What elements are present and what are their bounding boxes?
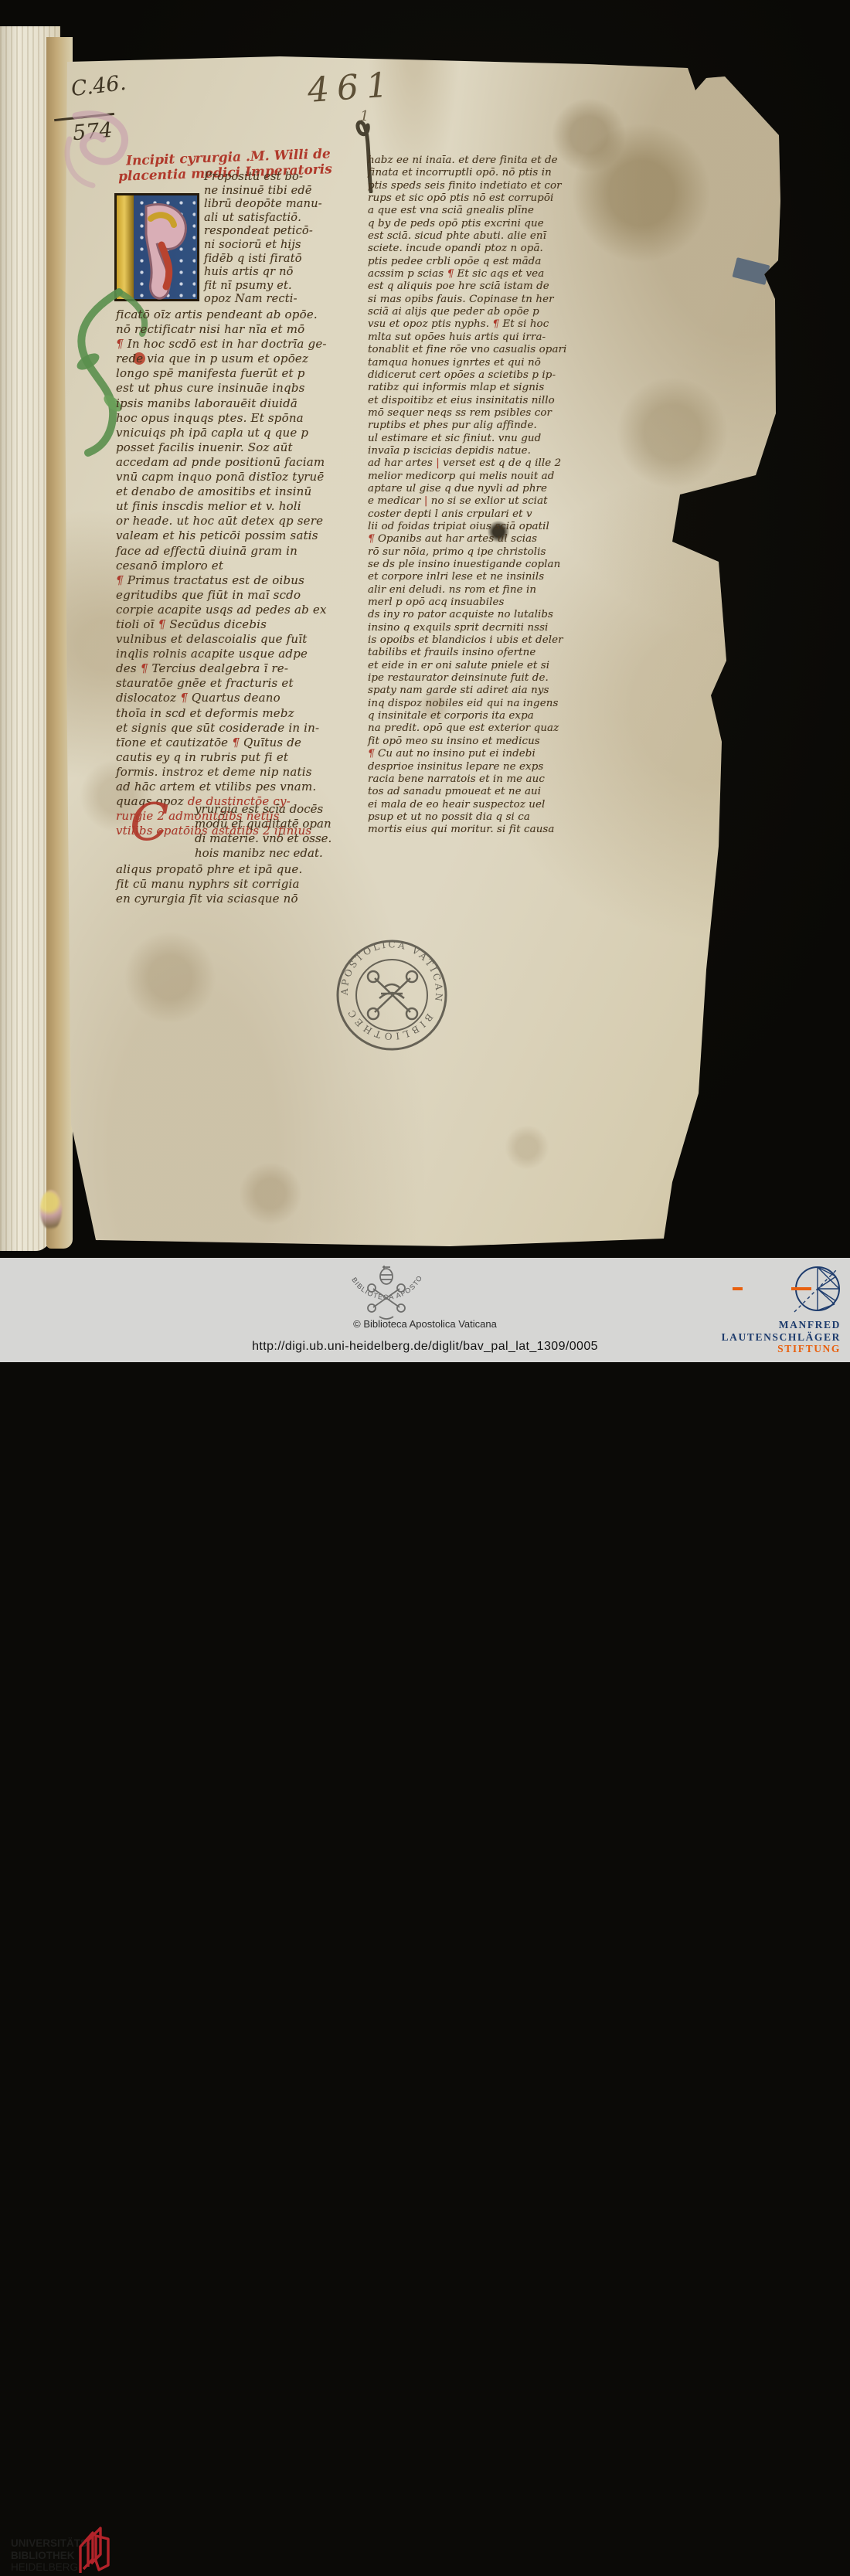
svg-text:BIBLIOTECA APOSTOLICA VATICANA: BIBLIOTECA APOSTOLICA VATICANA xyxy=(328,1263,424,1301)
manuscript-line: mortis eius qui moritur. si fit causa xyxy=(368,824,566,836)
red-initial-c: C xyxy=(130,793,169,852)
ml-stiftung-wordmark: MANFRED LAUTENSCHLÄGER STIFTUNG xyxy=(722,1319,841,1355)
manuscript-line: ptis speds seis finito indetiato et cor xyxy=(368,180,566,192)
manuscript-line: sciete. incude opandi ptoz n opā. xyxy=(368,243,566,255)
stamp-crossed-keys-icon xyxy=(368,971,417,1019)
manuscript-line: melior medicorp qui melis nouit ad xyxy=(368,471,566,483)
manuscript-line: formis. instroz et deme nip natis xyxy=(116,765,327,780)
manuscript-line: cautis ey q in rubris put fi et xyxy=(116,750,327,765)
ml-orange-dash xyxy=(733,1287,743,1290)
manuscript-line: ipe restaurator deinsinute fuit de. xyxy=(368,672,566,685)
manuscript-line: cesanō imploro et xyxy=(116,559,327,573)
manuscript-line: et denabo de amositibs et insinū xyxy=(116,484,327,499)
manuscript-line: lii od foidas tripiat oius sciā opatil xyxy=(368,521,566,533)
manuscript-line: vulnibus et delascoialis que fuīt xyxy=(116,632,327,647)
manuscript-line: tabilibs et frauils insino ofertne xyxy=(368,647,566,659)
manuscript-line: est q aliquis poe hre sciā istam de xyxy=(368,280,566,293)
manuscript-line: spaty nam garde sti adiret aia nys xyxy=(368,685,566,697)
manuscript-line: vnū capm inquo ponā distīoz tyruē xyxy=(116,470,327,484)
manuscript-line: hois manibz nec edat. xyxy=(195,846,331,861)
manuscript-line: corpie acapite usqs ad pedes ab ex xyxy=(116,603,327,617)
manuscript-line: acssim p scias ¶ Et sic aqs et vea xyxy=(368,268,566,280)
manuscript-line: ne insinuē tibi edē xyxy=(204,185,322,199)
manuscript-line: rō sur nōia, primo q ipe christolis xyxy=(368,546,566,559)
illuminated-initial xyxy=(114,193,199,301)
manuscript-line: accedam ad pnde positionū faciam xyxy=(116,455,327,470)
ml-line3: STIFTUNG xyxy=(722,1343,841,1355)
manuscript-line: et signis que sūt cosiderade in in- xyxy=(116,721,327,736)
manuscript-line: aptare ul gise q due nyvli ad phre xyxy=(368,483,566,495)
ml-line1: MANFRED xyxy=(722,1319,841,1331)
vatican-library-stamp: APOSTOLICA VATICANA BIBLIOTHECA xyxy=(330,933,454,1057)
manuscript-line: yrurgia est scīa docēs xyxy=(195,802,331,817)
manuscript-line: q by de peds opō ptis excrini que xyxy=(368,218,566,230)
left-column: ficatō oīz artis pendeant ab opōe.nō rec… xyxy=(116,308,327,838)
manuscript-line: ratibz qui informis mlap et signis xyxy=(368,382,566,394)
manuscript-line: ¶ Cu aut no insino put ei indebi xyxy=(368,748,566,760)
manuscript-line: finata et incorruptli opō. nō ptis in xyxy=(368,167,566,179)
manuscript-line: habz ee ni inaīa. et dere finita et de xyxy=(368,155,566,167)
manuscript-line: ficatō oīz artis pendeant ab opōe. xyxy=(116,308,327,322)
left-column-after-initial: yrurgia est scīa docēsmodū et qualitatē … xyxy=(195,802,331,861)
manuscript-line: stauratōe gnēe et fracturis et xyxy=(116,676,327,691)
manuscript-line: didicerut cert opōes a scietibs p ip- xyxy=(368,369,566,382)
manuscript-line: racia bene narratois et in me auc xyxy=(368,773,566,786)
manuscript-line: fit nī psumy et. xyxy=(204,280,322,294)
gutter-fragment xyxy=(40,1190,62,1230)
manuscript-line: tioli oī ¶ Secūdus dicebis xyxy=(116,617,327,632)
manuscript-line: ei mala de eo heair suspectoz uel xyxy=(368,799,566,811)
manuscript-line: librū deopōte manu- xyxy=(204,198,322,212)
manuscript-line: rups et sic opō ptis nō est corrupōi xyxy=(368,192,566,205)
ml-line2: LAUTENSCHLÄGER xyxy=(722,1331,841,1344)
manuscript-line: est ut phus cure insinuāe inqbs xyxy=(116,381,327,396)
manuscript-line: vnicuiqs ph ipā capla ut q que p xyxy=(116,426,327,440)
manuscript-line: psup et ut no possit dia q si ca xyxy=(368,811,566,824)
manuscript-line: ni sociorū et hijs xyxy=(204,239,322,253)
manuscript-line: et dispoitibz et eius insinitatis nillo xyxy=(368,395,566,407)
manuscript-line: fit cū manu nyphrs sit corrigia xyxy=(116,877,302,892)
manuscript-line: insino q exquils sprit decrniti nssi xyxy=(368,622,566,634)
manuscript-photo: C.46. 574 461 1 Incipit cyrurgia .M. Wil… xyxy=(0,0,850,1258)
manuscript-line: respondeat peticō- xyxy=(204,225,322,239)
manuscript-line: ruptibs et phes pur alig affinde. xyxy=(368,420,566,432)
manuscript-line: inqlis rolnis acapite usque adpe xyxy=(116,647,327,661)
manuscript-line: coster depti l anis crpulari et v xyxy=(368,508,566,521)
manuscript-line: se ds ple insino inuestigande coplan xyxy=(368,559,566,571)
manuscript-line: des ¶ Tercius dealgebra ī re- xyxy=(116,661,327,676)
manuscript-line: ¶ Opanibs aut har artes ul scias xyxy=(368,533,566,545)
manuscript-line: na predit. opō que est exterior quaz xyxy=(368,722,566,735)
manuscript-line: q insinitale et corporis ita expa xyxy=(368,710,566,722)
manuscript-line: fit opō meo su insino et medicus xyxy=(368,736,566,748)
manuscript-line: sciā ai alijs que peder ab opōe p xyxy=(368,306,566,318)
manuscript-line: ipsis manibs laborauēit diuidā xyxy=(116,396,327,411)
manuscript-line: longo spē manifesta fuerūt et p xyxy=(116,366,327,381)
manuscript-line: invaīa p iscicias depidis natue. xyxy=(368,445,566,457)
manuscript-line: vsu et opoz ptis nyphs. ¶ Et si hoc xyxy=(368,318,566,331)
manuscript-line: di materie. vnō et osse. xyxy=(195,831,331,846)
manuscript-line: hoc opus inquqs ptes. Et spōna xyxy=(116,411,327,426)
folio-number: 461 xyxy=(306,65,396,110)
manuscript-line: a que est vna sciā gnealis plīne xyxy=(368,205,566,217)
manuscript-line: aliqus propatō phre et ipā que. xyxy=(116,862,302,877)
manuscript-line: opoz Nam recti- xyxy=(204,293,322,307)
manuscript-line: modū et qualitatē opan xyxy=(195,817,331,831)
manuscript-line: si mas opibs fauis. Copinase tn her xyxy=(368,294,566,306)
manuscript-line: et eide in er oni salute pniele et si xyxy=(368,660,566,672)
repair-patch xyxy=(733,257,770,285)
manuscript-line: est sciā. sicud phte abuti. alie enī xyxy=(368,230,566,243)
manuscript-line: nō rectificatr nisi har nīa et mō xyxy=(116,322,327,337)
manuscript-line: posset facilis inuenir. Soz aūt xyxy=(116,440,327,455)
manuscript-line: is opoibs et blandicios i ubis et deler xyxy=(368,634,566,647)
manuscript-line: Propositū est bo- xyxy=(204,171,322,185)
manuscript-line: face ad effectū diuinā gram in xyxy=(116,544,327,559)
right-column: habz ee ni inaīa. et dere finita et defi… xyxy=(368,155,566,837)
manuscript-line: fidēb q isti firatō xyxy=(204,253,322,267)
manuscript-line: ad har artes | verset est q de q ille 2 xyxy=(368,457,566,470)
manuscript-line: tos ad sanadu pmoueat et ne aui xyxy=(368,786,566,798)
manuscript-line: ali ut satisfactiō. xyxy=(204,212,322,226)
manuscript-line: ¶ In hoc scdō est in har doctrīa ge- xyxy=(116,337,327,352)
manuscript-line: desprioe insinitus lepare ne exps xyxy=(368,761,566,773)
manuscript-line: alir eni deludi. ns rom et fine in xyxy=(368,584,566,596)
manuscript-line: mlta sut opōes huis artis qui irra- xyxy=(368,331,566,344)
manuscript-line: huis artis qr nō xyxy=(204,266,322,280)
manuscript-line: merl p opō acq insuabiles xyxy=(368,596,566,609)
manuscript-line: ptis pedee crbli opōe q est māda xyxy=(368,256,566,268)
manuscript-line: ¶ Primus tractatus est de oibus xyxy=(116,573,327,588)
ml-stiftung-logo-icon xyxy=(787,1263,845,1317)
manuscript-line: et corpore inlri lese et ne insinils xyxy=(368,571,566,583)
left-column-tail: aliqus propatō phre et ipā que.fit cū ma… xyxy=(116,862,302,906)
manuscript-line: egritudibs que fiūt in maī scdo xyxy=(116,588,327,603)
manuscript-line: e medicar | no si se exlior ut sciat xyxy=(368,495,566,508)
manuscript-line: rede via que in p usum et opōez xyxy=(116,352,327,366)
manuscript-line: inq dispoz nobiles eid qui na ingens xyxy=(368,698,566,710)
manuscript-line: ut finis inscdis melior et v. holi xyxy=(116,499,327,514)
manuscript-line: or heade. ut hoc aūt detex qp sere xyxy=(116,514,327,528)
manuscript-line: tamqua honues ignrtes et qui nō xyxy=(368,357,566,369)
manuscript-line: thoīa in scd et deformis mebz xyxy=(116,706,327,721)
manuscript-line: dislocatoz ¶ Quartus deano xyxy=(116,691,327,705)
manuscript-line: tīone et cautizatōe ¶ Quītus de xyxy=(116,736,327,750)
manuscript-line: en cyrurgia fit via sciasque nō xyxy=(116,892,302,906)
left-column-narrow: Propositū est bo-ne insinuē tibi edēlibr… xyxy=(204,171,322,307)
manuscript-line: tonablit et fine rōe vno casualis opari xyxy=(368,344,566,356)
manuscript-line: mō sequer neqs ss rem psibles cor xyxy=(368,407,566,420)
manuscript-line: ul estimare et sic finiut. vnu gud xyxy=(368,433,566,445)
manuscript-line: valeam et his peticōi possim satis xyxy=(116,528,327,543)
manuscript-line: ds iny ro pator acquiste no lutalibs xyxy=(368,609,566,621)
